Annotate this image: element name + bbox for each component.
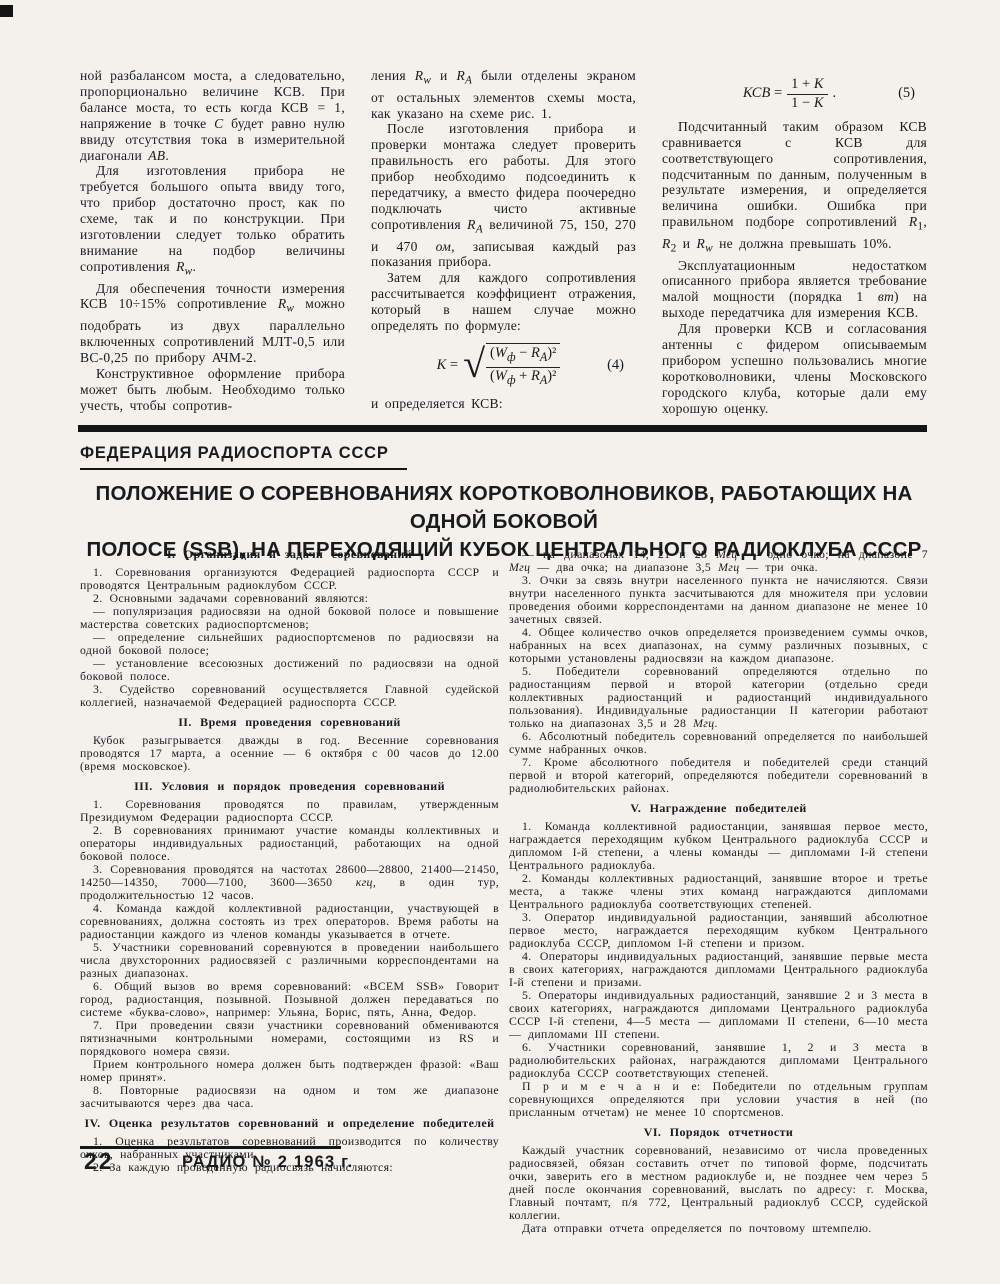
section-divider-bar — [78, 425, 927, 432]
equation-number-5: (5) — [898, 86, 915, 102]
body-paragraph: 2. Команды коллективных радиостанций, за… — [509, 872, 928, 911]
formula-5-numerator: 1 + K — [787, 77, 827, 95]
magazine-page: { "top_article": { "col1": [ {"t":"p","i… — [0, 0, 1000, 1284]
body-paragraph: ления Rw и RA были отделены экраном от о… — [371, 68, 636, 121]
formula-5: КСВ = 1 + K 1 − K . (5) — [662, 77, 917, 112]
section-heading: V. Награждение победителей — [509, 802, 928, 815]
section-heading: VI. Порядок отчетности — [509, 1126, 928, 1139]
body-paragraph: Конструктивное оформление прибора может … — [80, 366, 345, 414]
regulations-section: I. Организация и задачи соревнований1. С… — [80, 547, 928, 1235]
body-paragraph: Дата отправки отчета определяется по поч… — [509, 1222, 928, 1235]
body-paragraph: 3. Очки за связь внутри населенного пунк… — [509, 574, 928, 626]
body-paragraph: ной разбалансом моста, а следовательно, … — [80, 68, 345, 163]
body-paragraph: Для изготовления прибора не требуется бо… — [80, 163, 345, 280]
formula-5-lhs: КСВ = — [743, 86, 782, 102]
regulation-title-line-1: ПОЛОЖЕНИЕ О СОРЕВНОВАНИЯХ КОРОТКОВОЛНОВИ… — [76, 480, 932, 536]
regulations-column-right: — на диапазонах 14, 21 и 28 Мгц — одно о… — [509, 547, 928, 1235]
section-heading: III. Условия и порядок проведения соревн… — [80, 780, 499, 793]
body-paragraph: 6. Участники соревнований, занявшие 1, 2… — [509, 1041, 928, 1080]
formula-4-lhs: K = — [437, 358, 458, 374]
body-paragraph: 4. Команда каждой коллективной радиостан… — [80, 902, 499, 941]
footer-rule — [80, 1146, 341, 1149]
body-paragraph: 3. Соревнования проводятся на частотах 2… — [80, 863, 499, 902]
body-paragraph: Для проверки КСВ и согласования антенны … — [662, 321, 927, 416]
body-paragraph: 3. Судейство соревнований осуществляется… — [80, 683, 499, 709]
article-column-3: КСВ = 1 + K 1 − K . (5) Подсчитанный так… — [662, 68, 927, 417]
page-number: 22 — [84, 1148, 114, 1175]
body-paragraph: Кубок разыгрывается дважды в год. Весенн… — [80, 734, 499, 773]
formula-4: K = √ (Wф − RA)² (Wф + RA)² (4) — [371, 343, 626, 389]
body-paragraph: 6. Общий вызов во время соревнований: «В… — [80, 980, 499, 1019]
body-paragraph: 6. Абсолютный победитель соревнований оп… — [509, 730, 928, 756]
body-paragraph: — определение сильнейших радиоспортсмено… — [80, 631, 499, 657]
body-paragraph: — установление всесоюзных достижений по … — [80, 657, 499, 683]
section-heading: I. Организация и задачи соревнований — [80, 548, 499, 561]
journal-title: РАДИО № 2 1963 г. — [182, 1153, 353, 1172]
formula-5-body: КСВ = 1 + K 1 − K . — [743, 77, 836, 112]
equation-number-4: (4) — [607, 358, 624, 374]
body-paragraph: 1. Команда коллективной радиостанции, за… — [509, 820, 928, 872]
body-paragraph: Для обеспечения точности измерения КСВ 1… — [80, 281, 345, 366]
body-paragraph: 4. Операторы индивидуальных радиостанций… — [509, 950, 928, 989]
body-paragraph: Затем для каждого сопротивления рассчиты… — [371, 270, 636, 334]
section-heading: II. Время проведения соревнований — [80, 716, 499, 729]
body-paragraph: 5. Победители соревнований определяются … — [509, 665, 928, 730]
article-column-1: ной разбалансом моста, а следовательно, … — [80, 68, 345, 417]
body-paragraph: 1. Соревнования организуются Федерацией … — [80, 566, 499, 592]
article-top-section: ной разбалансом моста, а следовательно, … — [80, 68, 928, 417]
body-paragraph: 4. Общее количество очков определяется п… — [509, 626, 928, 665]
formula-5-period: . — [833, 86, 837, 102]
formula-5-fraction: 1 + K 1 − K — [787, 77, 827, 112]
section-heading: IV. Оценка результатов соревнований и оп… — [80, 1117, 499, 1130]
regulations-column-left: I. Организация и задачи соревнований1. С… — [80, 547, 499, 1235]
body-paragraph: Каждый участник соревнований, независимо… — [509, 1144, 928, 1222]
formula-4-fraction: (Wф − RA)² (Wф + RA)² — [486, 346, 560, 389]
body-paragraph: Прием контрольного номера должен быть по… — [80, 1058, 499, 1084]
body-paragraph: 2. В соревнованиях принимают участие ком… — [80, 824, 499, 863]
formula-4-body: K = √ (Wф − RA)² (Wф + RA)² — [437, 343, 561, 389]
scan-edge-mark — [0, 5, 13, 17]
formula-4-radicand: (Wф − RA)² (Wф + RA)² — [486, 343, 560, 389]
body-paragraph: 8. Повторные радиосвязи на одном и том ж… — [80, 1084, 499, 1110]
body-paragraph: 3. Оператор индивидуальной радиостанции,… — [509, 911, 928, 950]
article-column-2: ления Rw и RA были отделены экраном от о… — [371, 68, 636, 417]
body-paragraph: П р и м е ч а н и е: Победители по отдел… — [509, 1080, 928, 1119]
body-paragraph: 5. Операторы индивидуальных радиостанций… — [509, 989, 928, 1041]
body-paragraph: 1. Соревнования проводятся по правилам, … — [80, 798, 499, 824]
body-paragraph: 5. Участники соревнований соревнуются в … — [80, 941, 499, 980]
body-paragraph: Эксплуатационным недостатком описанного … — [662, 258, 927, 322]
body-paragraph: и определяется КСВ: — [371, 396, 636, 412]
body-paragraph: — популяризация радиосвязи на одной боко… — [80, 605, 499, 631]
body-paragraph: 7. При проведении связи участники соревн… — [80, 1019, 499, 1058]
formula-5-denominator: 1 − K — [787, 95, 827, 112]
formula-4-denominator: (Wф + RA)² — [486, 368, 560, 389]
body-paragraph: Подсчитанный таким образом КСВ сравнивае… — [662, 119, 927, 258]
section-kicker: ФЕДЕРАЦИЯ РАДИОСПОРТА СССР — [80, 444, 407, 470]
radical-sign: √ — [463, 348, 485, 380]
body-paragraph: 7. Кроме абсолютного победителя и победи… — [509, 756, 928, 795]
body-paragraph: После изготовления прибора и проверки мо… — [371, 121, 636, 270]
body-paragraph: — на диапазонах 14, 21 и 28 Мгц — одно о… — [509, 548, 928, 574]
formula-4-numerator: (Wф − RA)² — [486, 346, 560, 368]
